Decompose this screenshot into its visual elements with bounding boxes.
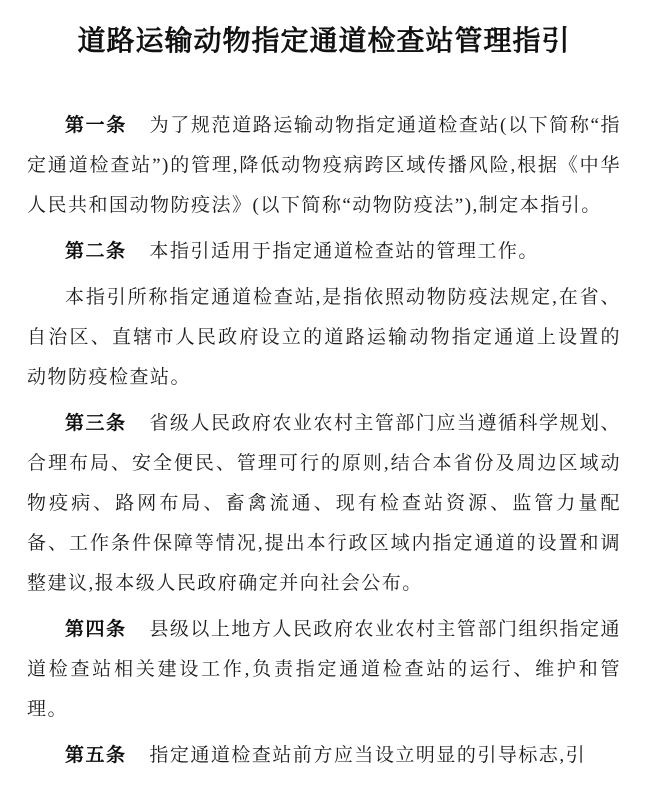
article-number: 第一条 [65, 115, 127, 136]
article-paragraph-3: 第三条省级人民政府农业农村主管部门应当遵循科学规划、合理布局、安全便民、管理可行… [27, 404, 621, 604]
article-text: 省级人民政府农业农村主管部门应当遵循科学规划、合理布局、安全便民、管理可行的原则… [27, 413, 621, 594]
document-title: 道路运输动物指定通道检查站管理指引 [27, 26, 621, 58]
document-page: 道路运输动物指定通道检查站管理指引 第一条为了规范道路运输动物指定通道检查站(以… [0, 0, 648, 811]
article-number: 第三条 [65, 413, 127, 434]
article-paragraph-5: 第五条指定通道检查站前方应当设立明显的引导标志,引 [27, 736, 621, 776]
article-paragraph-2: 第二条本指引适用于指定通道检查站的管理工作。 [27, 232, 621, 272]
article-text: 本指引适用于指定通道检查站的管理工作。 [149, 241, 539, 262]
article-paragraph-1: 第一条为了规范道路运输动物指定通道检查站(以下简称“指定通道检查站”)的管理,降… [27, 106, 621, 226]
article-paragraph-4: 第四条县级以上地方人民政府农业农村主管部门组织指定通道检查站相关建设工作,负责指… [27, 610, 621, 730]
article-number: 第二条 [65, 241, 127, 262]
article-text: 指定通道检查站前方应当设立明显的引导标志,引 [149, 745, 586, 766]
article-text: 本指引所称指定通道检查站,是指依照动物防疫法规定,在省、自治区、直辖市人民政府设… [27, 287, 621, 388]
article-paragraph-2-continued: 本指引所称指定通道检查站,是指依照动物防疫法规定,在省、自治区、直辖市人民政府设… [27, 278, 621, 398]
article-number: 第四条 [65, 619, 127, 640]
article-number: 第五条 [65, 745, 127, 766]
